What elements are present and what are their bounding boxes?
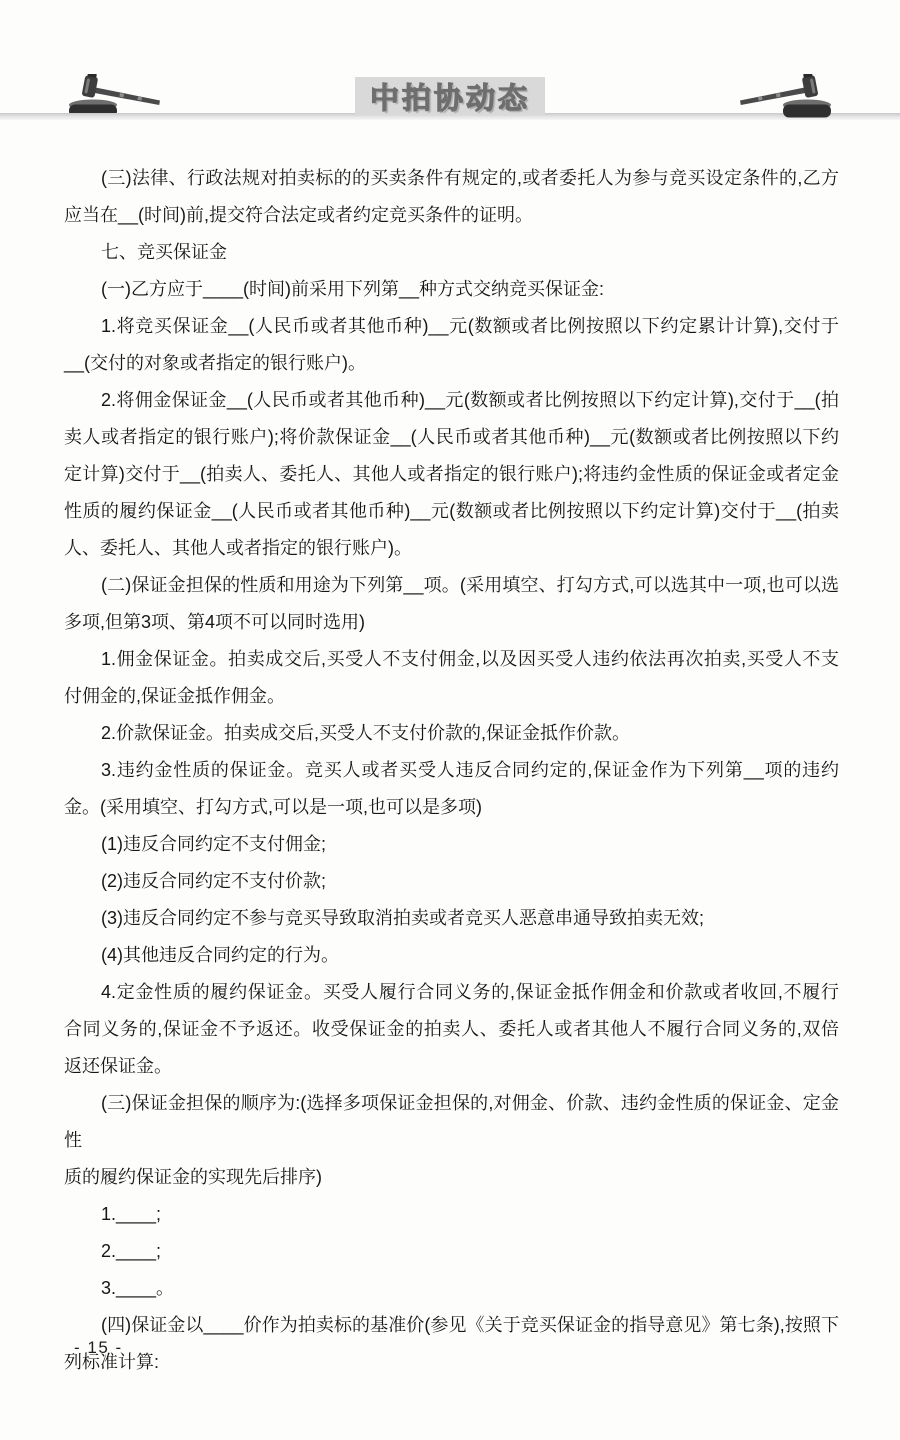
text-line: 1.佣金保证金。拍卖成交后,买受人不支付佣金,以及因买受人违约依法再次拍卖,买受… bbox=[64, 641, 839, 678]
text-line: (3)违反合同约定不参与竞买导致取消拍卖或者竞买人恶意串通导致拍卖无效; bbox=[64, 900, 839, 937]
text-line: 性质的履约保证金__(人民币或者其他币种)__元(数额或者比例按照以下约定计算)… bbox=[64, 493, 839, 530]
text-line: (4)其他违反合同约定的行为。 bbox=[64, 937, 839, 974]
text-line: __(交付的对象或者指定的银行账户)。 bbox=[64, 345, 839, 382]
page-number: - 15 - bbox=[74, 1336, 123, 1360]
text-line: 卖人或者指定的银行账户);将价款保证金__(人民币或者其他币种)__元(数额或者… bbox=[64, 419, 839, 456]
text-line: 2.____; bbox=[64, 1233, 839, 1270]
document-page: { "header": { "title": "中拍协动态" }, "docum… bbox=[0, 0, 900, 1440]
text-line: (2)违反合同约定不支付价款; bbox=[64, 863, 839, 900]
text-line: 合同义务的,保证金不予返还。收受保证金的拍卖人、委托人或者其他人不履行合同义务的… bbox=[64, 1011, 839, 1048]
text-line: 付佣金的,保证金抵作佣金。 bbox=[64, 678, 839, 715]
newsletter-title-box: 中拍协动态 bbox=[355, 77, 545, 115]
text-line: 应当在__(时间)前,提交符合法定或者约定竞买条件的证明。 bbox=[64, 197, 839, 234]
text-line: 金。(采用填空、打勾方式,可以是一项,也可以是多项) bbox=[64, 789, 839, 826]
text-line: 2.将佣金保证金__(人民币或者其他币种)__元(数额或者比例按照以下约定计算)… bbox=[64, 382, 839, 419]
newsletter-title: 中拍协动态 bbox=[370, 76, 530, 117]
text-line: 3.____。 bbox=[64, 1270, 839, 1307]
text-line: 1.____; bbox=[64, 1196, 839, 1233]
text-line: 返还保证金。 bbox=[64, 1048, 839, 1085]
page-header: 中拍协动态 bbox=[0, 0, 900, 130]
text-line: 列标准计算: bbox=[64, 1344, 839, 1381]
text-line: (1)违反合同约定不支付佣金; bbox=[64, 826, 839, 863]
text-line: 定计算)交付于__(拍卖人、委托人、其他人或者指定的银行账户);将违约金性质的保… bbox=[64, 456, 839, 493]
text-line: (二)保证金担保的性质和用途为下列第__项。(采用填空、打勾方式,可以选其中一项… bbox=[64, 567, 839, 604]
text-line: 多项,但第3项、第4项不可以同时选用) bbox=[64, 604, 839, 641]
gavel-icon bbox=[730, 74, 832, 124]
text-line: 人、委托人、其他人或者指定的银行账户)。 bbox=[64, 530, 839, 567]
document-lines: (三)法律、行政法规对拍卖标的的买卖条件有规定的,或者委托人为参与竞买设定条件的… bbox=[64, 160, 839, 1381]
text-line: (一)乙方应于____(时间)前采用下列第__种方式交纳竞买保证金: bbox=[64, 271, 839, 308]
text-line: 质的履约保证金的实现先后排序) bbox=[64, 1159, 839, 1196]
text-line: 1.将竞买保证金__(人民币或者其他币种)__元(数额或者比例按照以下约定累计计… bbox=[64, 308, 839, 345]
text-line: 七、竞买保证金 bbox=[64, 234, 839, 271]
text-line: (三)保证金担保的顺序为:(选择多项保证金担保的,对佣金、价款、违约金性质的保证… bbox=[64, 1085, 839, 1159]
text-line: (四)保证金以____价作为拍卖标的基准价(参见《关于竞买保证金的指导意见》第七… bbox=[64, 1307, 839, 1344]
text-line: 4.定金性质的履约保证金。买受人履行合同义务的,保证金抵作佣金和价款或者收回,不… bbox=[64, 974, 839, 1011]
text-line: 2.价款保证金。拍卖成交后,买受人不支付价款的,保证金抵作价款。 bbox=[64, 715, 839, 752]
text-line: (三)法律、行政法规对拍卖标的的买卖条件有规定的,或者委托人为参与竞买设定条件的… bbox=[64, 160, 839, 197]
text-line: 3.违约金性质的保证金。竞买人或者买受人违反合同约定的,保证金作为下列第__项的… bbox=[64, 752, 839, 789]
